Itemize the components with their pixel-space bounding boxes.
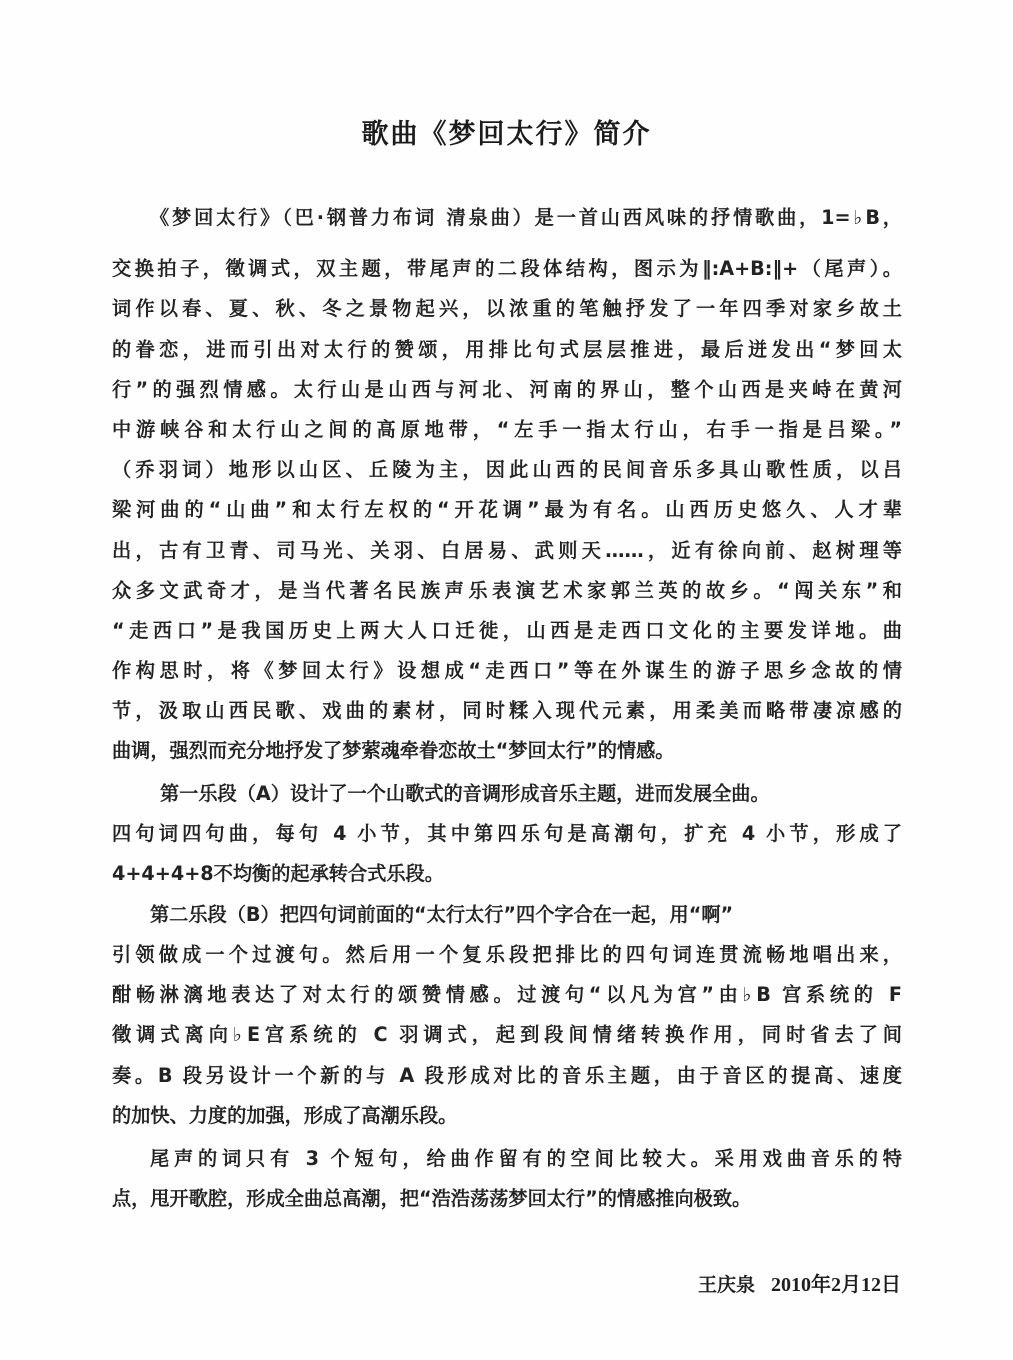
text-line: 众多文武奇才，是当代著名民族声乐表演艺术家郭兰英的故乡。“闯关东”和 (112, 578, 902, 604)
text-line: 的加快、力度的加强，形成了高潮乐段。 (112, 1103, 902, 1129)
text-line: 第一乐段（A）设计了一个山歌式的音调形成音乐主题，进而发展全曲。 (160, 781, 902, 807)
text-line: 第二乐段（B）把四句词前面的“太行太行”四个字合在一起，用“啊” (150, 902, 902, 928)
document-page: 歌曲《梦回太行》简介 《梦回太行》（巴·钢普力布词 清泉曲）是一首山西风味的抒情… (0, 0, 1013, 1360)
text-line: 曲调，强烈而充分地抒发了梦萦魂牵眷恋故土“梦回太行”的情感。 (112, 738, 902, 764)
text-line: 四句词四句曲，每句 4 小节，其中第四乐句是高潮句，扩充 4 小节，形成了 (112, 821, 902, 847)
text-line: 的眷恋，进而引出对太行的赞颂，用排比句式层层推进，最后迸发出“梦回太 (112, 337, 902, 363)
text-line: 引领做成一个过渡句。然后用一个复乐段把排比的四句词连贯流畅地唱出来， (112, 942, 902, 968)
text-line: 酣畅淋漓地表达了对太行的颂赞情感。过渡句“以凡为宫”由♭B 宫系统的 F (112, 982, 902, 1008)
page-title: 歌曲《梦回太行》简介 (0, 112, 1013, 151)
text-line: 行”的强烈情感。太行山是山西与河北、河南的界山，整个山西是夹峙在黄河 (112, 377, 902, 403)
text-line: 词作以春、夏、秋、冬之景物起兴，以浓重的笔触抒发了一年四季对家乡故土 (112, 296, 902, 322)
signature-date: 2010年2月12日 (771, 1274, 901, 1296)
text-line: 节，汲取山西民歌、戏曲的素材，同时糅入现代元素，用柔美而略带凄凉感的 (112, 698, 902, 724)
text-line: （乔羽词）地形以山区、丘陵为主，因此山西的民间音乐多具山歌性质，以吕 (112, 457, 902, 483)
text-line: 奏。B 段另设计一个新的与 A 段形成对比的音乐主题，由于音区的提高、速度 (112, 1063, 902, 1089)
signature: 王庆泉2010年2月12日 (698, 1268, 901, 1297)
text-line: 出，古有卫青、司马光、关羽、白居易、武则天……，近有徐向前、赵树理等 (112, 538, 902, 564)
author-name: 王庆泉 (698, 1274, 755, 1296)
text-line: 梁河曲的“山曲”和太行左权的“开花调”最为有名。山西历史悠久、人才辈 (112, 497, 902, 523)
text-line: 尾声的词只有 3 个短句，给曲作留有的空间比较大。采用戏曲音乐的特 (150, 1146, 902, 1172)
text-line: 交换拍子，徵调式，双主题，带尾声的二段体结构，图示为‖:A+B:‖+（尾声）。 (112, 256, 902, 282)
text-line: “走西口”是我国历史上两大人口迁徙，山西是走西口文化的主要发详地。曲 (112, 618, 902, 644)
text-line: 中游峡谷和太行山之间的高原地带，“左手一指太行山，右手一指是吕梁。” (112, 417, 902, 443)
text-line: 4+4+4+8不均衡的起承转合式乐段。 (112, 861, 902, 887)
text-line: 徵调式离向♭E宫系统的 C 羽调式，起到段间情绪转换作用，同时省去了间 (112, 1022, 902, 1048)
text-line: 作构思时，将《梦回太行》设想成“走西口”等在外谋生的游子思乡念故的情 (112, 658, 902, 684)
text-line: 点，甩开歌腔，形成全曲总高潮，把“浩浩荡荡梦回太行”的情感推向极致。 (112, 1186, 902, 1212)
text-line: 《梦回太行》（巴·钢普力布词 清泉曲）是一首山西风味的抒情歌曲，1=♭B， (150, 205, 902, 231)
